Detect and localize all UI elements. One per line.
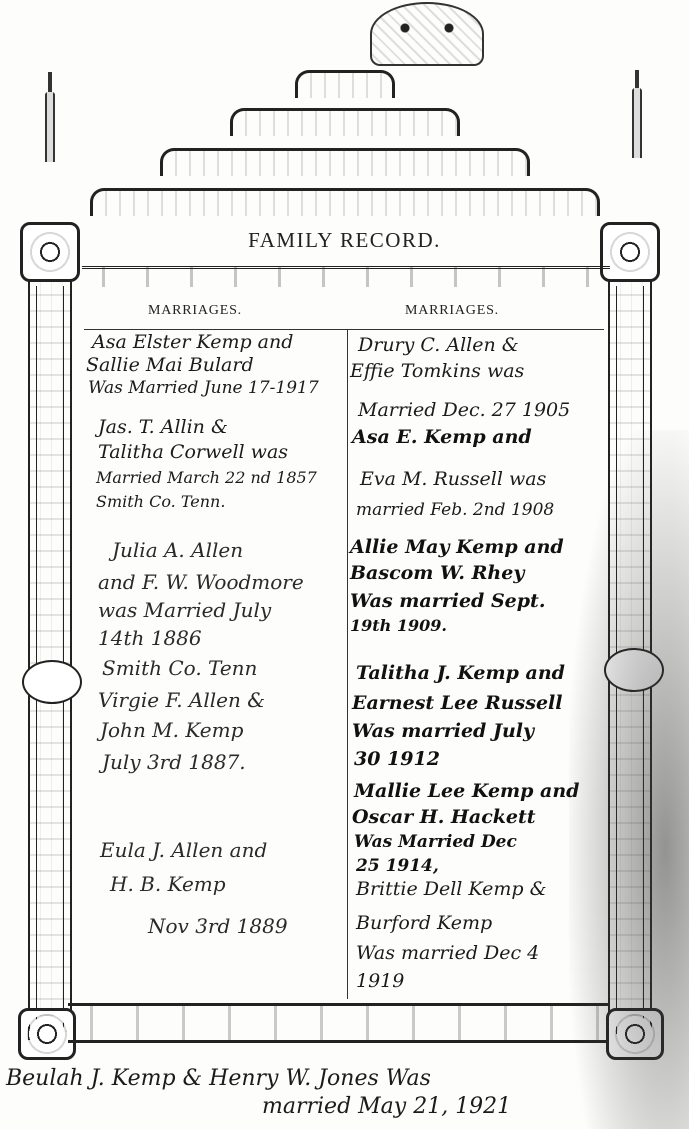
column-heading-right: MARRIAGES. [405, 303, 499, 319]
entry-line: and F. W. Woodmore [98, 572, 304, 592]
entry-line: Was Married June 17-1917 [88, 380, 319, 397]
entry-line: Married Dec. 27 1905 [358, 401, 570, 420]
entry-line: married Feb. 2nd 1908 [356, 502, 554, 519]
column-divider [347, 329, 348, 999]
entry-line: Effie Tomkins was [350, 362, 524, 381]
crown-ornament-icon [370, 2, 484, 66]
entry-line: Asa Elster Kemp and [92, 333, 293, 352]
footer-line: married May 21, 1921 [262, 1096, 511, 1118]
spire-ornament-icon [45, 92, 55, 162]
pediment-step [160, 148, 530, 176]
pediment-step [90, 188, 600, 216]
entry-line: Smith Co. Tenn. [96, 494, 225, 510]
entry-line: H. B. Kemp [110, 874, 226, 894]
entry-line: Drury C. Allen & [358, 336, 519, 355]
entry-line: Nov 3rd 1889 [148, 916, 288, 936]
entry-line: Earnest Lee Russell [352, 694, 562, 713]
entry-line: Allie May Kemp and [350, 538, 564, 557]
entry-line: 1919 [356, 972, 404, 991]
entry-line: Talitha J. Kemp and [356, 664, 565, 683]
entry-line: Jas. T. Allin & [98, 418, 228, 437]
vine-divider [82, 266, 610, 287]
entry-line: Sallie Mai Bulard [86, 356, 254, 375]
ornamental-pediment [80, 0, 610, 230]
entry-line: Burford Kemp [356, 914, 492, 933]
entry-line: July 3rd 1887. [102, 752, 246, 772]
entry-line: Asa E. Kemp and [352, 428, 532, 447]
entry-line: Brittie Dell Kemp & [356, 880, 546, 899]
entry-line: Julia A. Allen [112, 540, 243, 560]
entry-line: 25 1914, [356, 858, 439, 875]
entry-line: 14th 1886 [98, 628, 202, 648]
entry-line: Was married Sept. [350, 592, 545, 611]
entry-line: Was Married Dec [354, 834, 517, 851]
page-title: FAMILY RECORD. [0, 228, 689, 253]
entry-line: was Married July [98, 600, 271, 620]
entry-line: 19th 1909. [350, 618, 447, 634]
entry-line: 30 1912 [354, 750, 440, 769]
entry-line: Eva M. Russell was [360, 470, 546, 489]
entry-line: Eula J. Allen and [100, 840, 267, 860]
spire-finial-icon [48, 72, 52, 94]
entry-line: Oscar H. Hackett [352, 808, 536, 827]
entry-line: Mallie Lee Kemp and [354, 782, 579, 801]
entry-line: Smith Co. Tenn [102, 658, 257, 678]
entry-line: Bascom W. Rhey [350, 564, 524, 583]
family-record-page: FAMILY RECORD. MARRIAGES. MARRIAGES. Asa… [0, 0, 689, 1129]
bottom-border-band [68, 1003, 608, 1043]
celtic-knot-icon [604, 648, 664, 692]
heading-rule [84, 329, 604, 330]
spire-ornament-icon [632, 88, 642, 158]
pediment-step [230, 108, 460, 136]
corner-knot-icon [606, 1008, 664, 1060]
entry-line: Was married July [352, 722, 534, 741]
entry-line: Virgie F. Allen & [98, 690, 265, 710]
entry-line: Was married Dec 4 [356, 944, 539, 963]
entry-line: John M. Kemp [100, 720, 243, 740]
celtic-knot-icon [22, 660, 82, 704]
pediment-step [295, 70, 395, 98]
footer-line: Beulah J. Kemp & Henry W. Jones Was [6, 1068, 431, 1090]
entry-line: Talitha Corwell was [98, 443, 288, 462]
entry-line: Married March 22 nd 1857 [96, 470, 317, 486]
column-heading-left: MARRIAGES. [148, 303, 242, 319]
